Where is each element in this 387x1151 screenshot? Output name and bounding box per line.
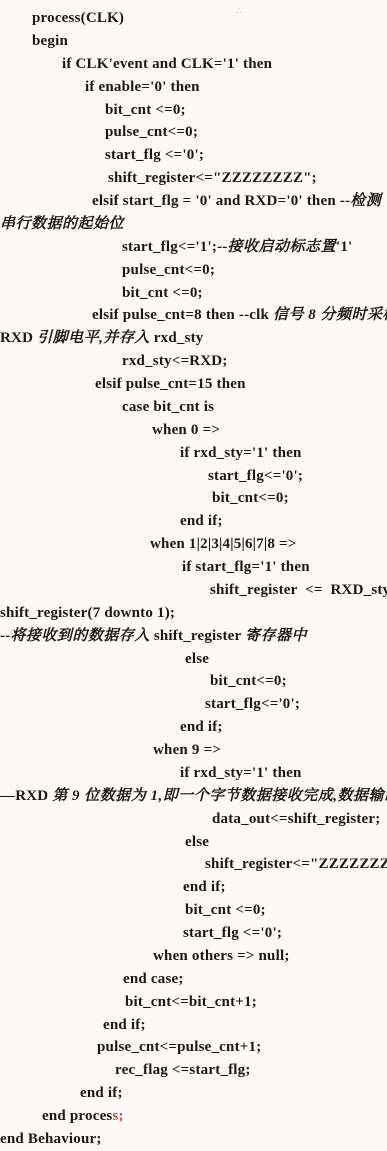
code-line: shift_register<="ZZZZZZZZ"; <box>0 853 387 876</box>
code-comment-cjk: 第 9 位数据为 1,即一个字节数据接收完成,数据输出 <box>52 788 387 804</box>
code-text: start_flg<='0'; <box>205 696 300 712</box>
code-comment-cjk: 将接收到的数据存入 <box>10 628 150 644</box>
document-page: ∴ process(CLK)beginif CLK'event and CLK=… <box>0 0 387 1151</box>
scanned-page: { "document": { "colors": { "background"… <box>0 0 387 1151</box>
code-line: when 9 => <box>0 739 387 762</box>
code-line: end if; <box>0 876 387 899</box>
code-text: if enable='0' then <box>85 79 200 95</box>
code-line: shift_register<="ZZZZZZZZ"; <box>0 167 387 190</box>
code-line: when 0 => <box>0 419 387 442</box>
code-text: else <box>185 834 209 850</box>
code-line: start_flg<='1';--接收启动标志置'1' <box>0 236 387 259</box>
code-text: start_flg <='0'; <box>183 925 282 941</box>
code-text: data_out<=shift_register; <box>212 811 380 827</box>
code-comment-cjk: 引脚电平,并存入 <box>37 330 150 346</box>
code-line: if rxd_sty='1' then <box>0 442 387 465</box>
code-text: rxd_sty <box>150 330 204 346</box>
code-comment-cjk: 接收启动标志置 <box>227 239 336 255</box>
code-text: end if; <box>183 879 226 895</box>
code-line: shift_register <= RXD_sty& <box>0 579 387 602</box>
code-line: pulse_cnt<=pulse_cnt+1; <box>0 1036 387 1059</box>
code-text: end if; <box>80 1085 123 1101</box>
code-text: when others => null; <box>153 948 290 964</box>
code-text: end proces <box>42 1108 112 1124</box>
code-text: bit_cnt <=0; <box>105 102 186 118</box>
code-line: --将接收到的数据存入 shift_register 寄存器中 <box>0 625 387 648</box>
code-text: pulse_cnt<=0; <box>122 262 215 278</box>
code-comment-cjk: 串行数据的起始位 <box>0 216 124 232</box>
code-line: start_flg<='0'; <box>0 465 387 488</box>
code-text: bit_cnt<=bit_cnt+1; <box>125 994 257 1010</box>
code-line: elsif start_flg = '0' and RXD='0' then -… <box>0 190 387 213</box>
code-text-red-mark: s; <box>112 1108 123 1124</box>
code-text: shift_register <= RXD_sty& <box>210 582 387 598</box>
code-text: end case; <box>123 971 184 987</box>
code-line: end if; <box>0 510 387 533</box>
code-text: bit_cnt <=0; <box>122 285 203 301</box>
code-line: begin <box>0 30 387 53</box>
code-line: elsif pulse_cnt=15 then <box>0 373 387 396</box>
code-text: case bit_cnt is <box>122 399 214 415</box>
code-line: if CLK'event and CLK='1' then <box>0 53 387 76</box>
code-line: rxd_sty<=RXD; <box>0 350 387 373</box>
code-text: when 1|2|3|4|5|6|7|8 => <box>150 536 297 552</box>
code-line: end if; <box>0 1082 387 1105</box>
code-line: RXD 引脚电平,并存入 rxd_sty <box>0 327 387 350</box>
code-text: end if; <box>180 719 223 735</box>
code-line: end Behaviour; <box>0 1128 387 1151</box>
code-line: when others => null; <box>0 945 387 968</box>
code-text: rxd_sty<=RXD; <box>122 353 228 369</box>
code-line: bit_cnt <=0; <box>0 99 387 122</box>
code-line: bit_cnt<=0; <box>0 487 387 510</box>
code-line: end process; <box>0 1105 387 1128</box>
code-text: pulse_cnt<=0; <box>105 124 198 140</box>
code-line: pulse_cnt<=0; <box>0 259 387 282</box>
code-line: pulse_cnt<=0; <box>0 121 387 144</box>
code-text: '1' <box>336 239 352 255</box>
code-text: —RXD <box>0 788 52 804</box>
code-line: bit_cnt <=0; <box>0 282 387 305</box>
code-text: bit_cnt<=0; <box>210 673 287 689</box>
code-text: -- <box>0 628 10 644</box>
code-line: end case; <box>0 968 387 991</box>
code-line: end if; <box>0 716 387 739</box>
code-text: elsif start_flg = '0' and RXD='0' then -… <box>92 193 350 209</box>
code-text: shift_register <box>150 628 245 644</box>
code-line: data_out<=shift_register; <box>0 808 387 831</box>
code-line: else <box>0 831 387 854</box>
scan-noise-artifact: ∴ <box>236 6 246 16</box>
code-line: —RXD 第 9 位数据为 1,即一个字节数据接收完成,数据输出 <box>0 785 387 808</box>
code-text: pulse_cnt<=pulse_cnt+1; <box>97 1039 261 1055</box>
code-line: bit_cnt <=0; <box>0 899 387 922</box>
code-line: bit_cnt<=0; <box>0 670 387 693</box>
code-text: begin <box>32 33 68 49</box>
code-text: if rxd_sty='1' then <box>180 445 302 461</box>
code-comment-cjk: 寄存器中 <box>245 628 307 644</box>
code-text: else <box>185 651 209 667</box>
code-line: shift_register(7 downto 1); <box>0 602 387 625</box>
code-line: case bit_cnt is <box>0 396 387 419</box>
code-line: bit_cnt<=bit_cnt+1; <box>0 991 387 1014</box>
code-text: shift_register<="ZZZZZZZZ"; <box>205 856 387 872</box>
code-line: start_flg<='0'; <box>0 693 387 716</box>
code-line: if start_flg='1' then <box>0 556 387 579</box>
code-listing: process(CLK)beginif CLK'event and CLK='1… <box>0 7 387 1151</box>
code-line: start_flg <='0'; <box>0 922 387 945</box>
code-comment-cjk: 检测 <box>350 193 381 209</box>
code-text: start_flg<='0'; <box>208 468 303 484</box>
code-text: if CLK'event and CLK='1' then <box>62 56 272 72</box>
code-text: start_flg<='1';-- <box>122 239 227 255</box>
code-text: shift_register<="ZZZZZZZZ"; <box>108 170 317 186</box>
code-line: if rxd_sty='1' then <box>0 762 387 785</box>
code-text: end if; <box>103 1017 146 1033</box>
code-text: start_flg <='0'; <box>105 147 204 163</box>
code-comment-cjk: 信号 8 分频时采样 <box>273 307 387 323</box>
code-line: end if; <box>0 1014 387 1037</box>
code-text: if start_flg='1' then <box>182 559 310 575</box>
code-line: 串行数据的起始位 <box>0 213 387 236</box>
code-text: elsif pulse_cnt=8 then --clk <box>92 307 273 323</box>
code-text: process(CLK) <box>32 10 124 26</box>
code-text: elsif pulse_cnt=15 then <box>95 376 246 392</box>
code-line: rec_flag <=start_flg; <box>0 1059 387 1082</box>
code-text: bit_cnt<=0; <box>212 490 289 506</box>
code-text: bit_cnt <=0; <box>185 902 266 918</box>
code-text: rec_flag <=start_flg; <box>115 1062 251 1078</box>
code-line: start_flg <='0'; <box>0 144 387 167</box>
code-text: if rxd_sty='1' then <box>180 765 302 781</box>
code-line: when 1|2|3|4|5|6|7|8 => <box>0 533 387 556</box>
code-text: when 0 => <box>152 422 220 438</box>
code-line: process(CLK) <box>0 7 387 30</box>
code-text: end Behaviour; <box>0 1131 102 1147</box>
code-line: if enable='0' then <box>0 76 387 99</box>
code-text: RXD <box>0 330 37 346</box>
code-line: else <box>0 648 387 671</box>
code-text: shift_register(7 downto 1); <box>0 605 175 621</box>
code-text: end if; <box>180 513 223 529</box>
code-line: elsif pulse_cnt=8 then --clk 信号 8 分频时采样 <box>0 304 387 327</box>
code-text: when 9 => <box>153 742 221 758</box>
